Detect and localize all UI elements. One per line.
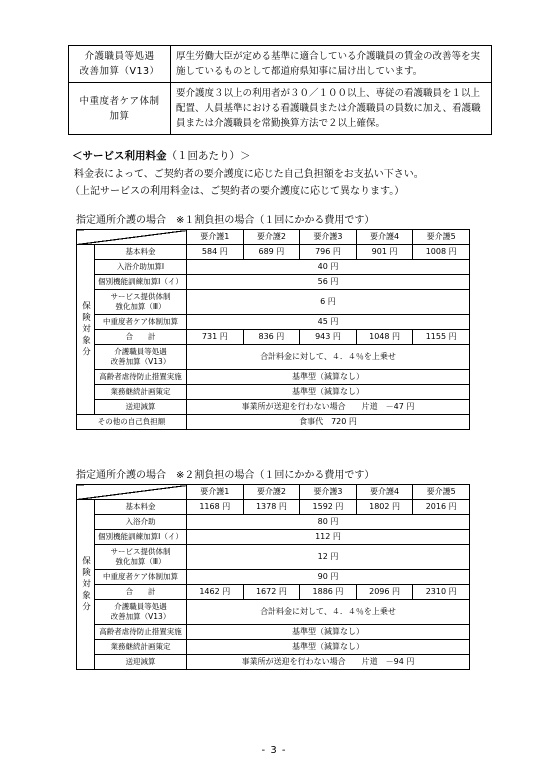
price-cell-span: 食事代 720 円: [187, 415, 470, 430]
price-cell-span: 基準型（減算なし）: [187, 370, 470, 385]
price-cell: 943 円: [300, 330, 357, 345]
row-label: 中重度者ケア体制加算: [95, 315, 187, 330]
price-cell-span: 基準型（減算なし）: [187, 385, 470, 400]
addition-desc-severe-care-system: 要介護度３以上の利用者が３０／１００以上、専従の看護職員を１以上配置、人員基準に…: [171, 83, 492, 135]
row-label: 送迎減算: [95, 655, 187, 670]
row-label: 介護職員等処遇 改善加算（V13）: [95, 600, 187, 625]
price-cell: 2310 円: [413, 585, 470, 600]
table-row-transport-reduction: 送迎減算 事業所が送迎を行わない場合 片道 －94 円: [77, 655, 470, 670]
price-cell-span: 6 円: [187, 290, 470, 315]
row-label: 中重度者ケア体制加算: [95, 570, 187, 585]
price-cell-span: 事業所が送迎を行わない場合 片道 －47 円: [187, 400, 470, 415]
row-label: 基本料金: [95, 500, 187, 515]
table-row-other-self-pay: その他の自己負担額 食事代 720 円: [77, 415, 470, 430]
table-row-transport-reduction: 送迎減算 事業所が送迎を行わない場合 片道 －47 円: [77, 400, 470, 415]
price-cell: 1168 円: [187, 500, 244, 515]
table-row-business-continuity: 業務継続計画策定 基準型（減算なし）: [77, 640, 470, 655]
intro-line-1: 料金表によって、ご契約者の要介護度に応じた自己負担額をお支払い下さい。: [74, 166, 492, 183]
insurance-scope-label: 保険対象分: [77, 245, 95, 415]
col-header-care-level-4: 要介護4: [356, 485, 413, 500]
price-cell: 1462 円: [187, 585, 244, 600]
price-table-1-caption: 指定通所介護の場合 ※１割負担の場合（１回にかかる費用です）: [76, 211, 492, 226]
row-label: 個別機能訓練加算Ⅰ（イ）: [95, 530, 187, 545]
row-label: 送迎減算: [95, 400, 187, 415]
row-label: 入浴介助加算Ⅰ: [95, 260, 187, 275]
table-row-basic-fee: 保険対象分 基本料金 1168 円 1378 円 1592 円 1802 円 2…: [77, 500, 470, 515]
price-cell-span: 45 円: [187, 315, 470, 330]
price-cell-span: 40 円: [187, 260, 470, 275]
intro-line-2: （上記サービスの利用料金は、ご契約者の要介護度に応じて異なります。）: [70, 183, 492, 200]
col-header-care-level-5: 要介護5: [413, 485, 470, 500]
addition-name-severe-care-system: 中重度者ケア体制 加算: [69, 83, 171, 135]
header-row: 要介護1 要介護2 要介護3 要介護4 要介護5: [77, 485, 470, 500]
price-cell-span: 合計料金に対して、４．４％を上乗せ: [187, 600, 470, 625]
row-label: サービス提供体制 強化加算（Ⅲ）: [95, 290, 187, 315]
table-row-severe-care: 中重度者ケア体制加算 45 円: [77, 315, 470, 330]
table-row-bath-addition: 入浴介助加算Ⅰ 40 円: [77, 260, 470, 275]
price-table-2-caption: 指定通所介護の場合 ※２割負担の場合（１回にかかる費用です）: [76, 466, 492, 481]
table-row-total: 合 計 731 円 836 円 943 円 1048 円 1155 円: [77, 330, 470, 345]
price-cell: 584 円: [187, 245, 244, 260]
table-row-severe-care: 中重度者ケア体制加算 90 円: [77, 570, 470, 585]
row-label: その他の自己負担額: [77, 415, 187, 430]
price-cell-span: 56 円: [187, 275, 470, 290]
section-heading-bold: ＜サービス利用料金: [72, 150, 167, 162]
price-table-1: 要介護1 要介護2 要介護3 要介護4 要介護5 保険対象分 基本料金 584 …: [76, 229, 470, 430]
table-row: 介護職員等処遇 改善加算（V13） 厚生労働大臣が定める基準に適合している介護職…: [69, 46, 492, 83]
row-label: 入浴介助: [95, 515, 187, 530]
document-page: 介護職員等処遇 改善加算（V13） 厚生労働大臣が定める基準に適合している介護職…: [0, 0, 548, 778]
price-cell: 731 円: [187, 330, 244, 345]
price-cell-span: 112 円: [187, 530, 470, 545]
col-header-care-level-2: 要介護2: [243, 230, 300, 245]
price-cell-span: 12 円: [187, 545, 470, 570]
corner-diagonal-cell: [77, 230, 187, 245]
row-label: 高齢者虐待防止措置実施: [95, 370, 187, 385]
table-row-treatment-improvement: 介護職員等処遇 改善加算（V13） 合計料金に対して、４．４％を上乗せ: [77, 345, 470, 370]
col-header-care-level-4: 要介護4: [356, 230, 413, 245]
price-cell-span: 基準型（減算なし）: [187, 625, 470, 640]
row-label: 合 計: [95, 585, 187, 600]
price-table-2: 要介護1 要介護2 要介護3 要介護4 要介護5 保険対象分 基本料金 1168…: [76, 484, 470, 670]
col-header-care-level-5: 要介護5: [413, 230, 470, 245]
price-cell: 2096 円: [356, 585, 413, 600]
col-header-care-level-3: 要介護3: [300, 230, 357, 245]
price-cell: 1048 円: [356, 330, 413, 345]
row-label: 基本料金: [95, 245, 187, 260]
price-cell: 1378 円: [243, 500, 300, 515]
table-row-individual-training: 個別機能訓練加算Ⅰ（イ） 56 円: [77, 275, 470, 290]
table-row-service-system: サービス提供体制 強化加算（Ⅲ） 12 円: [77, 545, 470, 570]
row-label: 高齢者虐待防止措置実施: [95, 625, 187, 640]
price-cell: 1802 円: [356, 500, 413, 515]
col-header-care-level-3: 要介護3: [300, 485, 357, 500]
insurance-scope-label: 保険対象分: [77, 500, 95, 670]
header-row: 要介護1 要介護2 要介護3 要介護4 要介護5: [77, 230, 470, 245]
addition-desc-treatment-improvement: 厚生労働大臣が定める基準に適合している介護職員の賃金の改善等を実施しているものと…: [171, 46, 492, 83]
table-row-individual-training: 個別機能訓練加算Ⅰ（イ） 112 円: [77, 530, 470, 545]
section-heading-rest: （１回あたり）＞: [167, 150, 251, 162]
row-label: サービス提供体制 強化加算（Ⅲ）: [95, 545, 187, 570]
row-label: 合 計: [95, 330, 187, 345]
row-label: 業務継続計画策定: [95, 640, 187, 655]
table-row-abuse-prevention: 高齢者虐待防止措置実施 基準型（減算なし）: [77, 370, 470, 385]
corner-diagonal-cell: [77, 485, 187, 500]
col-header-care-level-1: 要介護1: [187, 230, 244, 245]
price-cell-span: 90 円: [187, 570, 470, 585]
section-heading: ＜サービス利用料金（１回あたり）＞: [72, 148, 492, 163]
table-row-abuse-prevention: 高齢者虐待防止措置実施 基準型（減算なし）: [77, 625, 470, 640]
price-cell: 836 円: [243, 330, 300, 345]
table-row-basic-fee: 保険対象分 基本料金 584 円 689 円 796 円 901 円 1008 …: [77, 245, 470, 260]
price-cell: 901 円: [356, 245, 413, 260]
price-cell: 1672 円: [243, 585, 300, 600]
table-row-bath-addition: 入浴介助 80 円: [77, 515, 470, 530]
price-cell: 796 円: [300, 245, 357, 260]
table-row-total: 合 計 1462 円 1672 円 1886 円 2096 円 2310 円: [77, 585, 470, 600]
price-cell: 1592 円: [300, 500, 357, 515]
table-row-service-system: サービス提供体制 強化加算（Ⅲ） 6 円: [77, 290, 470, 315]
table-row: 中重度者ケア体制 加算 要介護度３以上の利用者が３０／１００以上、専従の看護職員…: [69, 83, 492, 135]
price-cell: 689 円: [243, 245, 300, 260]
row-label: 個別機能訓練加算Ⅰ（イ）: [95, 275, 187, 290]
table-row-business-continuity: 業務継続計画策定 基準型（減算なし）: [77, 385, 470, 400]
col-header-care-level-1: 要介護1: [187, 485, 244, 500]
addition-description-table: 介護職員等処遇 改善加算（V13） 厚生労働大臣が定める基準に適合している介護職…: [68, 45, 492, 135]
col-header-care-level-2: 要介護2: [243, 485, 300, 500]
price-cell-span: 基準型（減算なし）: [187, 640, 470, 655]
row-label: 業務継続計画策定: [95, 385, 187, 400]
page-number: - 3 -: [0, 745, 548, 756]
table-row-treatment-improvement: 介護職員等処遇 改善加算（V13） 合計料金に対して、４．４％を上乗せ: [77, 600, 470, 625]
price-cell-span: 80 円: [187, 515, 470, 530]
price-cell: 2016 円: [413, 500, 470, 515]
price-cell: 1008 円: [413, 245, 470, 260]
row-label: 介護職員等処遇 改善加算（V13）: [95, 345, 187, 370]
price-cell: 1155 円: [413, 330, 470, 345]
price-cell: 1886 円: [300, 585, 357, 600]
addition-name-treatment-improvement: 介護職員等処遇 改善加算（V13）: [69, 46, 171, 83]
price-cell-span: 合計料金に対して、４．４％を上乗せ: [187, 345, 470, 370]
price-cell-span: 事業所が送迎を行わない場合 片道 －94 円: [187, 655, 470, 670]
